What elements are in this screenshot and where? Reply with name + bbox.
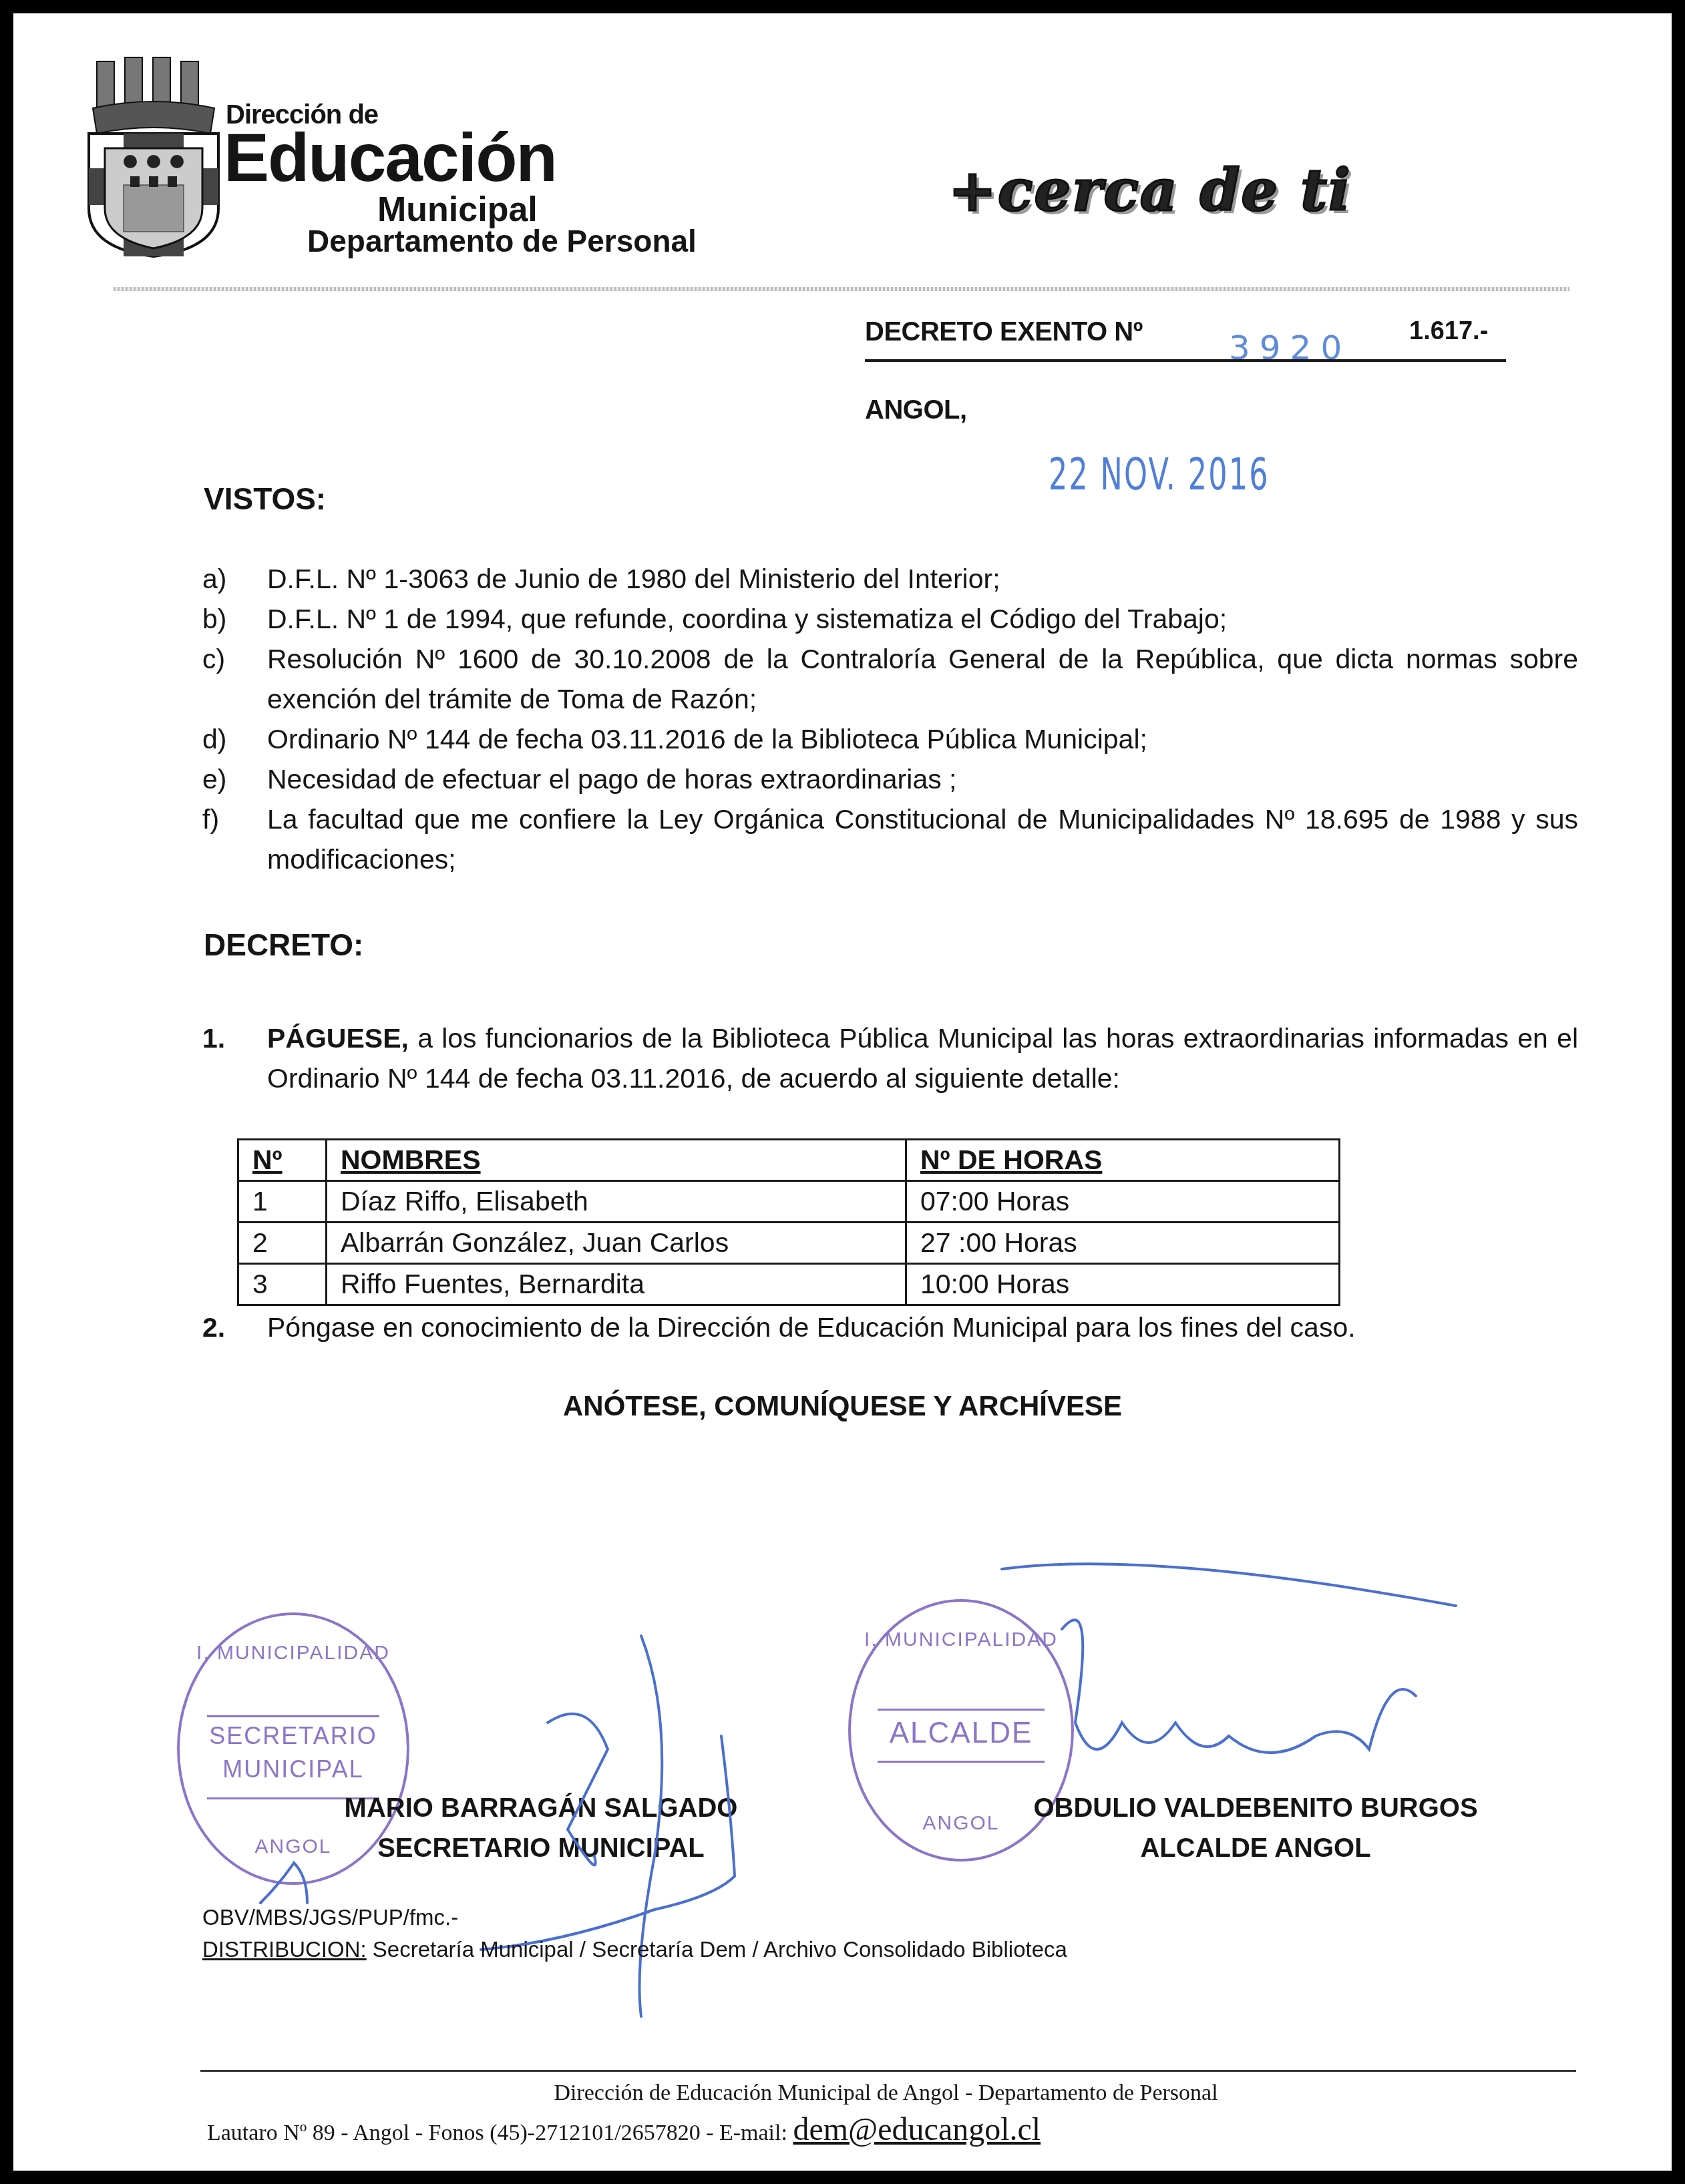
table-cell: 2 [238,1223,327,1264]
table-cell: 10:00 Horas [906,1264,1340,1305]
column-header: NOMBRES [327,1140,906,1181]
item-text: Necesidad de efectuar el pago de horas e… [267,759,1578,799]
coat-of-arms-icon [83,55,224,258]
table-cell: 07:00 Horas [906,1181,1340,1223]
item-text: Resolución Nº 1600 de 30.10.2008 de la C… [267,639,1578,719]
column-header: Nº [238,1140,327,1181]
list-item: 1. PÁGUESE, a los funcionarios de la Bib… [202,1018,1578,1098]
references: OBV/MBS/JGS/PUP/fmc.- DISTRIBUCION: Secr… [202,1902,1067,1966]
seal-mid-text-2: MUNICIPAL [180,1755,407,1783]
table-cell: Albarrán González, Juan Carlos [327,1223,906,1264]
item-text: PÁGUESE, a los funcionarios de la Biblio… [267,1018,1578,1098]
mayor-name: OBDULIO VALDEBENITO BURGOS [1002,1788,1509,1828]
item-mark: b) [202,599,267,639]
item-mark: d) [202,719,267,759]
table-cell: 27 :00 Horas [906,1223,1340,1264]
footer-org: Dirección de Educación Municipal de Ango… [13,2081,1672,2106]
vistos-heading: VISTOS: [204,481,326,517]
footer-address: Lautaro Nº 89 - Angol - Fonos (45)-27121… [207,2121,793,2145]
distribution-label: DISTRIBUCION: [202,1937,367,1962]
list-item: c)Resolución Nº 1600 de 30.10.2008 de la… [202,639,1578,719]
vistos-list: a)D.F.L. Nº 1-3063 de Junio de 1980 del … [202,559,1578,879]
seal-top-text: I. MUNICIPALIDAD [851,1628,1071,1651]
footer-contact: Lautaro Nº 89 - Angol - Fonos (45)-27121… [207,2111,1041,2148]
distribution-line: DISTRIBUCION: Secretaría Municipal / Sec… [202,1934,1067,1966]
decreto-item-2: 2.Póngase en conocimiento de la Direcció… [202,1312,1356,1343]
list-item: b)D.F.L. Nº 1 de 1994, que refunde, coor… [202,599,1578,639]
item-mark: 2. [202,1312,267,1343]
secretary-title: SECRETARIO MUNICIPAL [301,1828,781,1868]
decree-underline [865,359,1506,362]
header-divider [114,287,1569,291]
item-mark: c) [202,639,267,719]
slogan-text: cerca de ti [998,157,1352,224]
table-row: 3 Riffo Fuentes, Bernardita 10:00 Horas [238,1264,1340,1305]
slogan-plus: + [948,157,998,224]
footer-email-link[interactable]: dem@educangol.cl [793,2112,1041,2147]
table-cell: 3 [238,1264,327,1305]
list-item: d)Ordinario Nº 144 de fecha 03.11.2016 d… [202,719,1578,759]
mayor-signature-block: OBDULIO VALDEBENITO BURGOS ALCALDE ANGOL [1002,1788,1509,1868]
hours-table: Nº NOMBRES Nº DE HORAS 1 Díaz Riffo, Eli… [237,1138,1340,1306]
closing-formula: ANÓTESE, COMUNÍQUESE Y ARCHÍVESE [13,1390,1672,1422]
table-cell: Riffo Fuentes, Bernardita [327,1264,906,1305]
item-text: Ordinario Nº 144 de fecha 03.11.2016 de … [267,719,1578,759]
item-mark: e) [202,759,267,799]
column-header: Nº DE HORAS [906,1140,1340,1181]
item-mark: 1. [202,1018,267,1098]
item-text: La facultad que me confiere la Ley Orgán… [267,799,1578,879]
decreto-heading: DECRETO: [204,927,363,963]
item-text: D.F.L. Nº 1-3063 de Junio de 1980 del Mi… [267,559,1578,599]
slogan-logo: +cerca de ti [948,157,1352,224]
table-cell: Díaz Riffo, Elisabeth [327,1181,906,1223]
list-item: a)D.F.L. Nº 1-3063 de Junio de 1980 del … [202,559,1578,599]
date-stamp: 22 NOV. 2016 [1049,449,1270,500]
item-text: D.F.L. Nº 1 de 1994, que refunde, coordi… [267,599,1578,639]
distribution-list: Secretaría Municipal / Secretaría Dem / … [367,1937,1067,1962]
item-mark: a) [202,559,267,599]
initials: OBV/MBS/JGS/PUP/fmc.- [202,1902,1067,1934]
table-row: 2 Albarrán González, Juan Carlos 27 :00 … [238,1223,1340,1264]
secretary-name: MARIO BARRAGÁN SALGADO [301,1788,781,1828]
item-lead: PÁGUESE, [267,1023,409,1054]
table-row: 1 Díaz Riffo, Elisabeth 07:00 Horas [238,1181,1340,1223]
item-text: Póngase en conocimiento de la Dirección … [267,1312,1356,1343]
org-name-line3: Municipal [377,192,538,227]
mayor-title: ALCALDE ANGOL [1002,1828,1509,1868]
org-name-line2: Educación [224,124,556,192]
document-page: Dirección de Educación Municipal Departa… [13,13,1672,2171]
seal-top-text: I. MUNICIPALIDAD [180,1642,407,1665]
department-name: Departamento de Personal [307,226,697,256]
item-mark: f) [202,799,267,879]
decree-label: DECRETO EXENTO Nº [865,317,1143,347]
decreto-list: 1. PÁGUESE, a los funcionarios de la Bib… [202,1018,1578,1098]
city-label: ANGOL, [865,395,967,425]
decree-number: 1.617.- [1409,317,1488,346]
secretary-signature-block: MARIO BARRAGÁN SALGADO SECRETARIO MUNICI… [301,1788,781,1868]
table-header-row: Nº NOMBRES Nº DE HORAS [238,1140,1340,1181]
seal-mid-text: SECRETARIO [180,1722,407,1750]
footer-divider [200,2070,1576,2072]
list-item: f)La facultad que me confiere la Ley Org… [202,799,1578,879]
table-cell: 1 [238,1181,327,1223]
list-item: e)Necesidad de efectuar el pago de horas… [202,759,1578,799]
seal-mid-text: ALCALDE [851,1717,1071,1750]
item-body: a los funcionarios de la Biblioteca Públ… [267,1023,1578,1094]
